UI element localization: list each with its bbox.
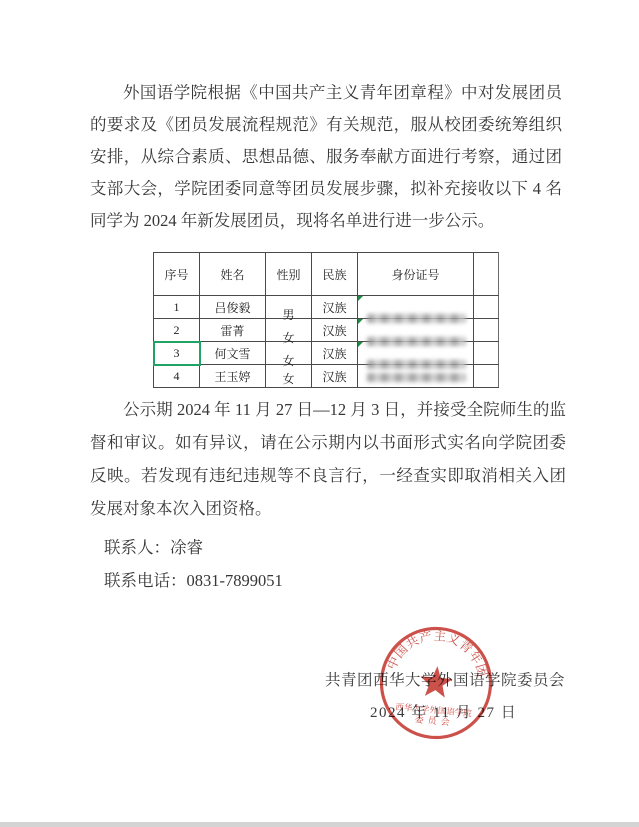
seal-star-icon	[419, 665, 454, 699]
cell-ethnic: 汉族	[312, 296, 358, 319]
cell-name: 雷菁	[200, 319, 266, 342]
empty-column-sliver	[474, 365, 499, 388]
intro-paragraph: 外国语学院根据《中国共产主义青年团章程》中对发展团员的要求及《团员发展流程规范》…	[90, 77, 562, 237]
excel-flag-icon	[358, 342, 363, 347]
contact-phone-label: 联系电话：	[104, 571, 187, 590]
official-red-seal: 中国共产主义青年团 西华大学外国语学院 委员会	[374, 621, 498, 745]
cell-gender: 女	[266, 319, 312, 342]
cell-gender: 女	[266, 342, 312, 365]
roster-table: 序号 姓名 性别 民族 身份证号 1 吕俊毅 男 汉族 2 雷菁 女 汉族 3 …	[153, 252, 499, 388]
announcement-document-page: 外国语学院根据《中国共产主义青年团章程》中对发展团员的要求及《团员发展流程规范》…	[0, 0, 639, 827]
cell-no: 2	[154, 319, 200, 342]
cell-id-redacted	[358, 319, 474, 342]
empty-column-sliver	[474, 253, 499, 296]
cell-no: 4	[154, 365, 200, 388]
contact-phone-number: 0831-7899051	[187, 571, 283, 590]
cell-id-redacted	[358, 296, 474, 319]
col-header-id: 身份证号	[358, 253, 474, 296]
gender-value: 女	[282, 370, 294, 387]
empty-column-sliver	[474, 296, 499, 319]
contact-person-label: 联系人：	[104, 538, 170, 557]
cell-gender: 女	[266, 365, 312, 388]
publicity-period-paragraph: 公示期 2024 年 11 月 27 日—12 月 3 日，并接受全院师生的监督…	[90, 393, 566, 525]
cell-id-redacted	[358, 365, 474, 388]
cell-name: 王玉婷	[200, 365, 266, 388]
excel-flag-icon	[358, 319, 363, 324]
cell-ethnic: 汉族	[312, 342, 358, 365]
cell-id-redacted	[358, 342, 474, 365]
cell-ethnic: 汉族	[312, 319, 358, 342]
contact-person-name: 凃睿	[170, 538, 203, 557]
empty-column-sliver	[474, 319, 499, 342]
excel-flag-icon	[358, 296, 363, 301]
col-header-gender: 性别	[266, 253, 312, 296]
cell-name: 吕俊毅	[200, 296, 266, 319]
cell-no-selected: 3	[154, 342, 200, 365]
table-row: 4 王玉婷 女 汉族	[154, 365, 499, 388]
col-header-ethnic: 民族	[312, 253, 358, 296]
empty-column-sliver	[474, 342, 499, 365]
contact-person-line: 联系人：凃睿	[104, 534, 203, 558]
contact-phone-line: 联系电话：0831-7899051	[104, 567, 283, 591]
cell-gender: 男	[266, 296, 312, 319]
table-row: 2 雷菁 女 汉族	[154, 319, 499, 342]
table-header-row: 序号 姓名 性别 民族 身份证号	[154, 253, 499, 296]
col-header-name: 姓名	[200, 253, 266, 296]
table-row: 1 吕俊毅 男 汉族	[154, 296, 499, 319]
col-header-no: 序号	[154, 253, 200, 296]
redacted-id-blur	[367, 373, 466, 382]
table-row: 3 何文雪 女 汉族	[154, 342, 499, 365]
cell-ethnic: 汉族	[312, 365, 358, 388]
cell-name: 何文雪	[200, 342, 266, 365]
page-bottom-edge	[0, 822, 639, 827]
cell-no: 1	[154, 296, 200, 319]
